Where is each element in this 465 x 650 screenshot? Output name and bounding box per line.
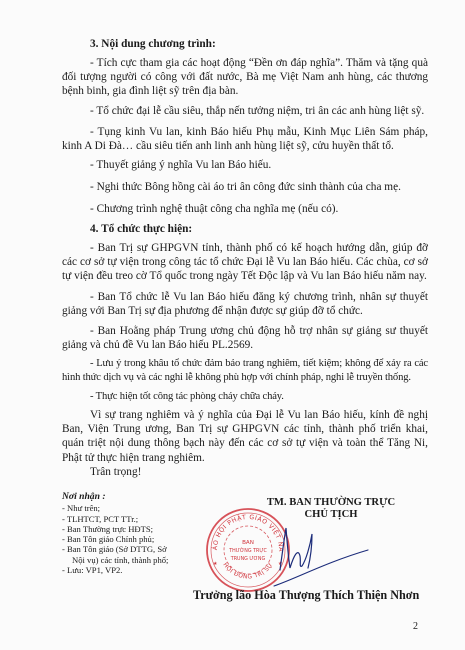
recipient-item: - Lưu: VP1, VP2.	[62, 565, 168, 575]
document-page: 3. Nội dung chương trình: - Tích cực tha…	[0, 0, 465, 650]
recipient-item: - Như trên;	[62, 503, 168, 513]
svg-text:BAN: BAN	[242, 540, 254, 546]
handwritten-signature-icon	[272, 520, 372, 590]
recipient-item: - Ban Tôn giáo Chính phủ;	[62, 534, 168, 544]
signatory-name: Trưởng lão Hòa Thượng Thích Thiện Nhơn	[193, 588, 419, 603]
section-3-paragraph-3: - Tụng kinh Vu lan, kinh Báo hiếu Phụ mẫ…	[62, 125, 428, 153]
section-4-heading: 4. Tổ chức thực hiện:	[90, 223, 192, 235]
recipients-title: Nơi nhận :	[62, 492, 168, 502]
section-3-paragraph-2: - Tổ chức đại lễ cầu siêu, thắp nến tưởn…	[62, 104, 428, 118]
section-3-paragraph-5: - Nghi thức Bông hồng cài áo tri ân công…	[62, 180, 428, 194]
closing-regards: Trân trọng!	[62, 465, 428, 479]
recipient-item: - TLHTCT, PCT TTr.;	[62, 514, 168, 524]
section-4-paragraph-4: - Lưu ý trong khâu tổ chức đảm bảo trang…	[62, 357, 428, 385]
section-4-paragraph-1: - Ban Trị sự GHPGVN tỉnh, thành phố có k…	[62, 241, 428, 284]
recipient-item: - Ban Thường trực HĐTS;	[62, 524, 168, 534]
recipient-item: Nội vụ) các tỉnh, thành phố;	[62, 555, 168, 565]
section-3-paragraph-6: - Chương trình nghệ thuật công cha nghĩa…	[62, 202, 428, 216]
section-3-paragraph-1: - Tích cực tham gia các hoạt động “Đền ơ…	[62, 56, 428, 99]
recipients-block: Nơi nhận : - Như trên; - TLHTCT, PCT TTr…	[62, 492, 168, 575]
section-3-heading: 3. Nội dung chương trình:	[90, 38, 216, 50]
svg-text:★: ★	[213, 561, 218, 567]
page-number: 2	[413, 621, 418, 632]
section-4-paragraph-5: - Thực hiện tốt công tác phòng cháy chữa…	[62, 390, 428, 404]
section-4-paragraph-2: - Ban Tổ chức lễ Vu lan Báo hiếu đăng ký…	[62, 290, 428, 318]
section-4-paragraph-3: - Ban Hoằng pháp Trung ương chủ động hỗ …	[62, 324, 428, 352]
recipient-item: - Ban Tôn giáo (Sở DTTG, Sở	[62, 544, 168, 554]
svg-text:THƯỜNG TRỰC: THƯỜNG TRỰC	[228, 547, 267, 554]
section-3-paragraph-4: - Thuyết giảng ý nghĩa Vu lan Báo hiếu.	[62, 158, 428, 172]
closing-paragraph: Vì sự trang nghiêm và ý nghĩa của Đại lễ…	[62, 408, 428, 465]
svg-text:TRUNG ƯƠNG: TRUNG ƯƠNG	[230, 556, 266, 562]
